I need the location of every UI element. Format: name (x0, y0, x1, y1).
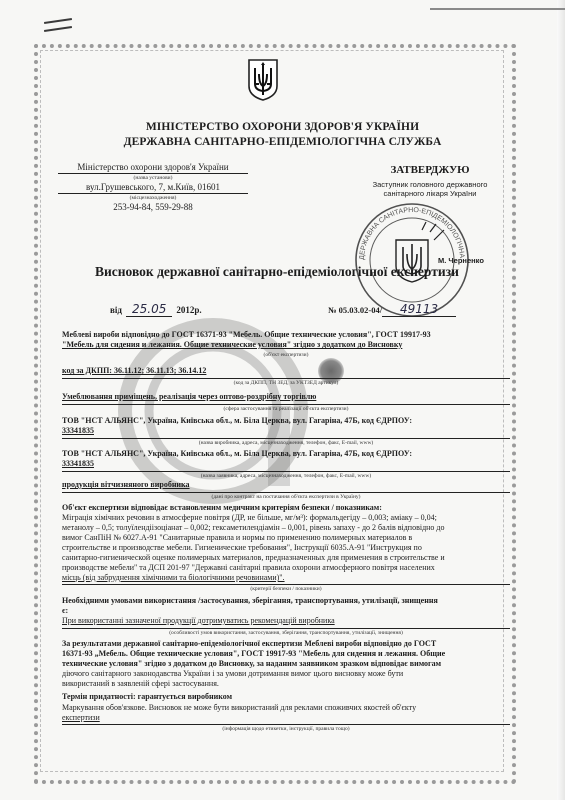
svg-text:ДЕРЖАВНА САНІТАРНО-ЕПІДЕМІОЛОГ: ДЕРЖАВНА САНІТАРНО-ЕПІДЕМІОЛОГІЧНА СЛУЖБ… (352, 200, 465, 260)
conclusion-line2: 16371-93 „Мебель. Общие технические усло… (62, 649, 510, 659)
shelf-life: Термін придатності: гарантується виробни… (62, 692, 510, 702)
approval-position-line2: санітарного лікаря України (360, 189, 500, 198)
criteria-heading: Об'єкт експертизи відповідає встановлени… (62, 503, 510, 513)
criteria-line7: місць (від забруднення хімічними та біол… (62, 573, 510, 583)
trident-emblem-icon (246, 58, 280, 102)
service-title: ДЕРЖАВНА САНІТАРНО-ЕПІДЕМІОЛОГІЧНА СЛУЖБ… (0, 136, 565, 148)
criteria-line1: Міграція хімічних речовин в атмосферне п… (62, 513, 510, 523)
manufacturer-line2: 33341835 (62, 426, 510, 436)
criteria-caption: (критерії безпеки / показники) (62, 586, 510, 592)
conclusion-line4: діючого санітарного законодавства Україн… (62, 669, 510, 679)
manufacturer-caption: (назва виробника, адреса, місцезнаходжен… (62, 440, 510, 446)
conclusion-line1: За результатами державної санітарно-епід… (62, 639, 510, 649)
divider (62, 471, 510, 472)
criteria-line3: вимог СанПіН № 6027.А-91 "Санитарные пра… (62, 533, 510, 543)
origin-text: продукція вітчизняного виробника (62, 480, 510, 490)
handwritten-marks (44, 16, 74, 36)
divider (62, 492, 510, 493)
scan-edge-shadow (557, 0, 565, 800)
marking-line2: експертизи (62, 713, 510, 723)
ministry-title: МІНІСТЕРСТВО ОХОРОНИ ЗДОРОВ'Я УКРАЇНИ (0, 121, 565, 133)
date-prefix: від (110, 305, 122, 315)
marking-line1: Маркування обов'язкове. Висновок не може… (62, 703, 510, 713)
approval-position-line1: Заступник головного державного (360, 180, 500, 189)
divider (62, 404, 510, 405)
number-prefix: № 05.03.02-04/ (328, 305, 382, 315)
purpose-caption: (сфера застосування та реалізації об'єкт… (62, 406, 510, 412)
divider (62, 438, 510, 439)
marking-caption: (інформація щодо етикетки, інструкції, п… (62, 726, 510, 732)
number-handwritten: 49113 (382, 302, 456, 317)
approval-title: ЗАТВЕРДЖУЮ (360, 164, 500, 176)
document-date-row: від 25.05 2012р. (110, 302, 202, 317)
scanned-certificate-page: МІНІСТЕРСТВО ОХОРОНИ ЗДОРОВ'Я УКРАЇНИ ДЕ… (0, 0, 565, 800)
document-title: Висновок державної санітарно-епідеміолог… (95, 264, 459, 280)
institution-address: вул.Грушевського, 7, м.Київ, 01601 (58, 182, 248, 194)
approval-block: ЗАТВЕРДЖУЮ Заступник головного державног… (360, 164, 500, 198)
conditions-caption: (особливості умов використання, застосув… (62, 630, 510, 636)
criteria-line5: санитарно-гигиенической оценке полимерны… (62, 553, 510, 563)
origin-caption: (дані про контракт на постачання об'єкта… (62, 494, 510, 500)
applicant-caption: (назва заявника, адреса, місцезнаходженн… (62, 473, 510, 479)
institution-name-caption: (назва установи) (58, 174, 248, 182)
stamp-arc-text: ДЕРЖАВНА САНІТАРНО-ЕПІДЕМІОЛОГІЧНА СЛУЖБ… (352, 200, 465, 260)
object-line2: "Мебель для сидения и лежания. Общие тех… (62, 340, 510, 350)
date-handwritten: 25.05 (126, 302, 172, 317)
object-caption: (об'єкт експертизи) (62, 352, 510, 358)
object-code: код за ДКПП: 36.11.12; 36.11.13; 36.14.1… (62, 366, 510, 376)
divider (62, 628, 510, 629)
conclusion-line3: технические условия" згідно з додатком д… (62, 659, 510, 669)
criteria-line4: строительстве и производстве мебели. Гиг… (62, 543, 510, 553)
institution-address-caption: (місцезнаходження) (58, 194, 248, 202)
criteria-line6: производстве мебели" та ДСП 201-97 "Держ… (62, 563, 510, 573)
applicant-line1: ТОВ "НСТ АЛЬЯНС", Україна, Київська обл.… (62, 449, 510, 459)
document-number-row: № 05.03.02-04/49113 (328, 302, 456, 317)
conclusion-line5: використаний в заявленій сфері застосува… (62, 679, 510, 689)
manufacturer-line1: ТОВ "НСТ АЛЬЯНС", Україна, Київська обл.… (62, 416, 510, 426)
institution-name: Міністерство охорони здоров'я України (58, 162, 248, 174)
institution-phones: 253-94-84, 559-29-88 (58, 202, 248, 212)
scan-top-rule (430, 8, 565, 10)
divider (62, 724, 510, 725)
date-year: 2012р. (176, 305, 201, 315)
object-line1: Меблеві вироби відповідно до ГОСТ 16371-… (62, 330, 510, 340)
divider (62, 378, 510, 379)
criteria-line2: метанолу – 0,5; толуїлендіізоціанат – 0,… (62, 523, 510, 533)
conditions-heading-line1: Необхідними умовами використання /застос… (62, 596, 510, 606)
purpose-text: Умеблювання приміщень, реалізація через … (62, 392, 510, 402)
applicant-line2: 33341835 (62, 459, 510, 469)
divider (62, 584, 510, 585)
institution-block: Міністерство охорони здоров'я України (н… (58, 162, 248, 212)
object-code-caption: (код за ДКПП, ТН ЗЕД, за УКТЗЕД артикул) (62, 380, 510, 386)
conditions-heading-line2: є: (62, 606, 510, 616)
conditions-text: При використанні зазначеної продукції до… (62, 616, 510, 626)
